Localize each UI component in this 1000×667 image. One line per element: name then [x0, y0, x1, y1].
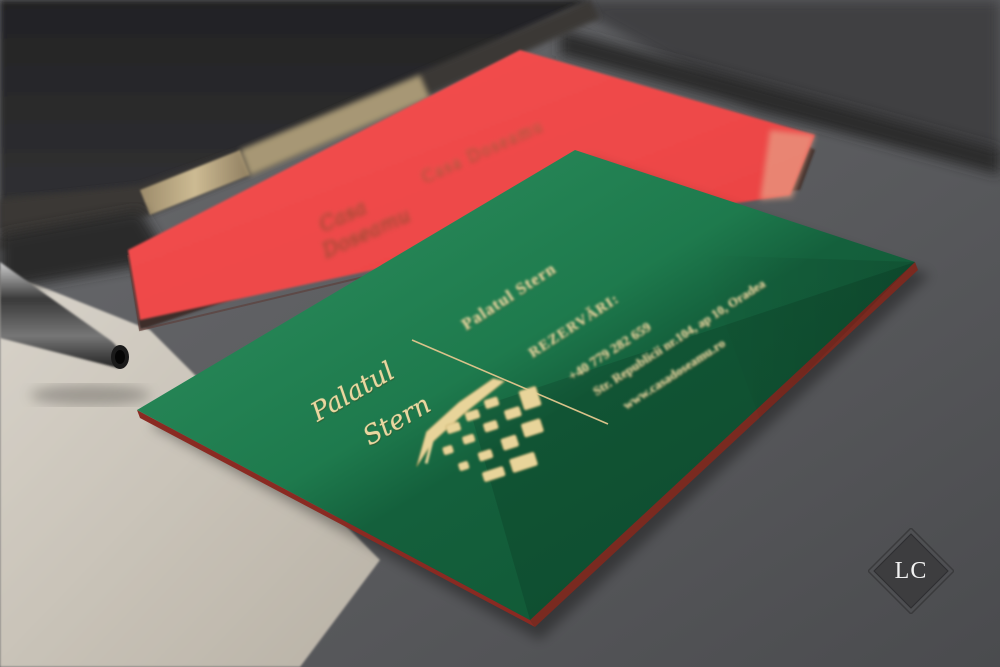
background-illustration — [0, 0, 1000, 667]
lc-watermark: LC — [868, 528, 954, 614]
photo-scene: Casa Doseamu Casa Doseamu Palatul Stern … — [0, 0, 1000, 667]
watermark-text: LC — [868, 528, 954, 614]
